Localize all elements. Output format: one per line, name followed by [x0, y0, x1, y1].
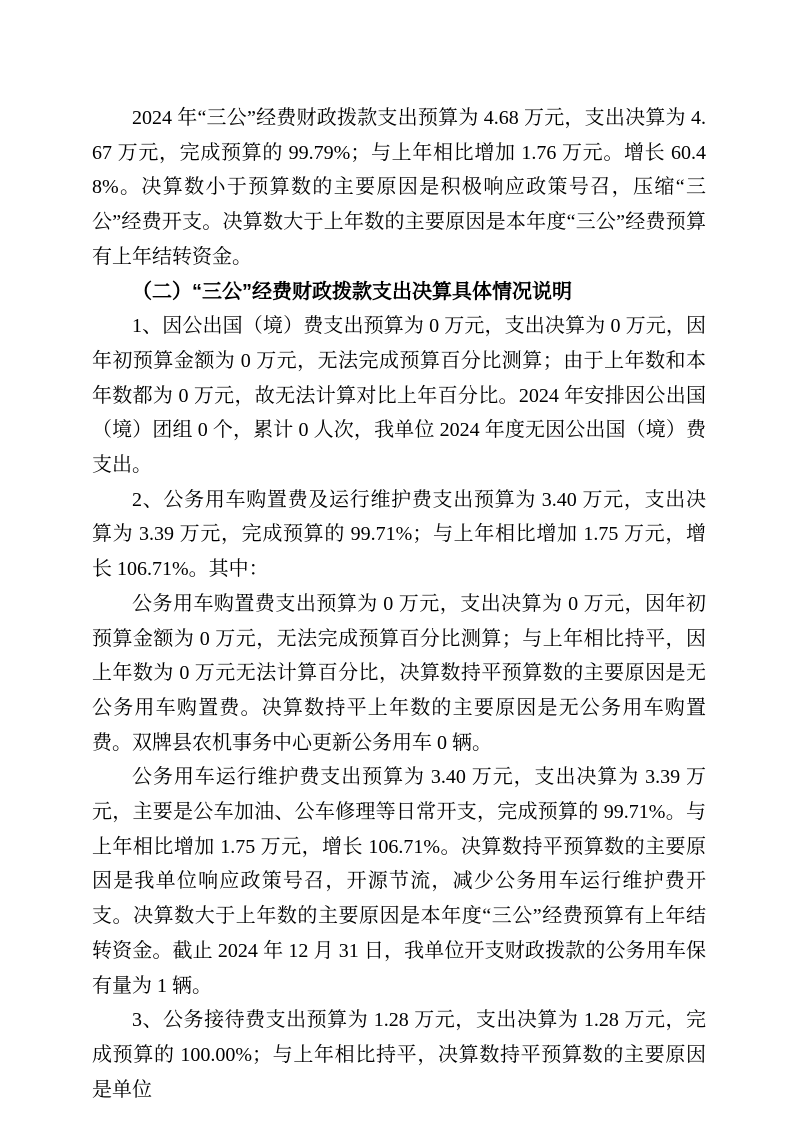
paragraph-vehicle-purchase: 公务用车购置费支出预算为 0 万元，支出决算为 0 万元，因年初预算金额为 0 … — [92, 587, 706, 761]
section-heading: （二）“三公”经费财政拨款支出决算具体情况说明 — [92, 275, 706, 310]
document-page: 2024 年“三公”经费财政拨款支出预算为 4.68 万元，支出决算为 4.67… — [0, 0, 793, 1122]
paragraph-overseas-travel: 1、因公出国（境）费支出预算为 0 万元，支出决算为 0 万元，因年初预算金额为… — [92, 309, 706, 483]
paragraph-vehicle-maintenance: 公务用车运行维护费支出预算为 3.40 万元，支出决算为 3.39 万元，主要是… — [92, 760, 706, 1003]
paragraph-vehicle-total: 2、公务用车购置费及运行维护费支出预算为 3.40 万元，支出决算为 3.39 … — [92, 483, 706, 587]
paragraph-official-reception: 3、公务接待费支出预算为 1.28 万元，支出决算为 1.28 万元，完成预算的… — [92, 1003, 706, 1107]
paragraph-three-public-summary: 2024 年“三公”经费财政拨款支出预算为 4.68 万元，支出决算为 4.67… — [92, 101, 706, 275]
document-content: 2024 年“三公”经费财政拨款支出预算为 4.68 万元，支出决算为 4.67… — [92, 101, 706, 1107]
